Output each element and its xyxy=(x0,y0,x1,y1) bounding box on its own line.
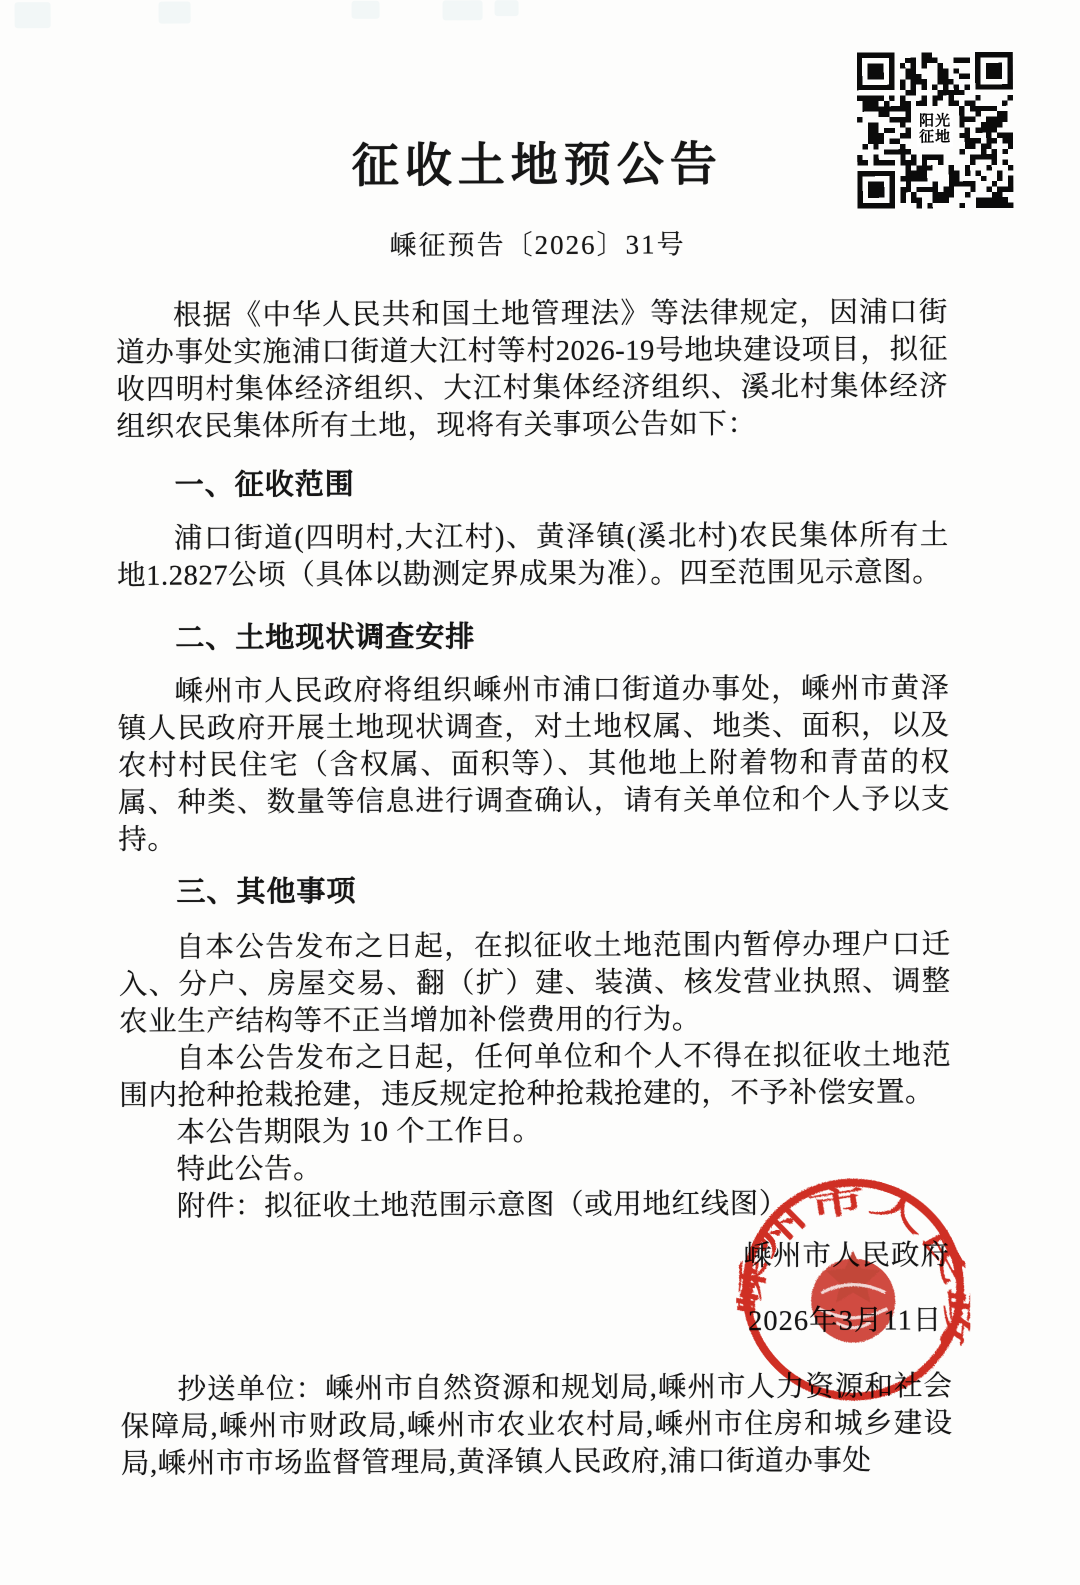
scan-artifact xyxy=(352,1,380,19)
signature-block: 嵊州市人民政府 2026年3月11日 嵊州市人民政府 xyxy=(2,1232,1080,1343)
qr-center-label: 阳光 征地 xyxy=(917,113,953,147)
section-1-heading: 一、征收范围 xyxy=(117,464,949,505)
section-3-paragraph-1: 自本公告发布之日起，在拟征收土地范围内暂停办理户口迁入、分户、房屋交易、翻（扩）… xyxy=(119,926,951,1041)
intro-paragraph: 根据《中华人民共和国土地管理法》等法律规定，因浦口街道办事处实施浦口街道大江村等… xyxy=(116,294,949,446)
scan-artifact xyxy=(495,0,519,16)
section-1-paragraph: 浦口街道(四明村,大江村)、黄泽镇(溪北村)农民集体所有土地1.2827公顷（具… xyxy=(117,517,949,595)
issuer-name: 嵊州市人民政府 xyxy=(2,1232,1080,1278)
hereby-announced-line: 特此公告。 xyxy=(120,1148,952,1189)
section-3-paragraph-2: 自本公告发布之日起，任何单位和个人不得在拟征收土地范围内抢种抢栽抢建，违反规定抢… xyxy=(119,1037,951,1115)
notice-period-line: 本公告期限为 10 个工作日。 xyxy=(119,1111,951,1152)
scan-artifact xyxy=(15,2,51,28)
section-3-heading: 三、其他事项 xyxy=(118,871,950,912)
section-2-heading: 二、土地现状调查安排 xyxy=(117,617,949,658)
section-2-paragraph: 嵊州市人民政府将组织嵊州市浦口街道办事处，嵊州市黄泽镇人民政府开展土地现状调查，… xyxy=(117,670,950,859)
scan-artifact xyxy=(443,0,483,20)
attachment-line: 附件：拟征收土地范围示意图（或用地红线图） xyxy=(120,1185,952,1226)
issue-date: 2026年3月11日 xyxy=(2,1297,1080,1343)
cc-paragraph: 抄送单位：嵊州市自然资源和规划局,嵊州市人力资源和社会保障局,嵊州市财政局,嵊州… xyxy=(121,1368,953,1483)
qr-code: 阳光 征地 xyxy=(857,50,1014,211)
scan-artifact xyxy=(159,2,191,24)
announcement-page: 阳光 征地 征收土地预公告 嵊征预告〔2026〕31号 根据《中华人民共和国土地… xyxy=(0,0,1080,1585)
document-number: 嵊征预告〔2026〕31号 xyxy=(0,221,1078,265)
